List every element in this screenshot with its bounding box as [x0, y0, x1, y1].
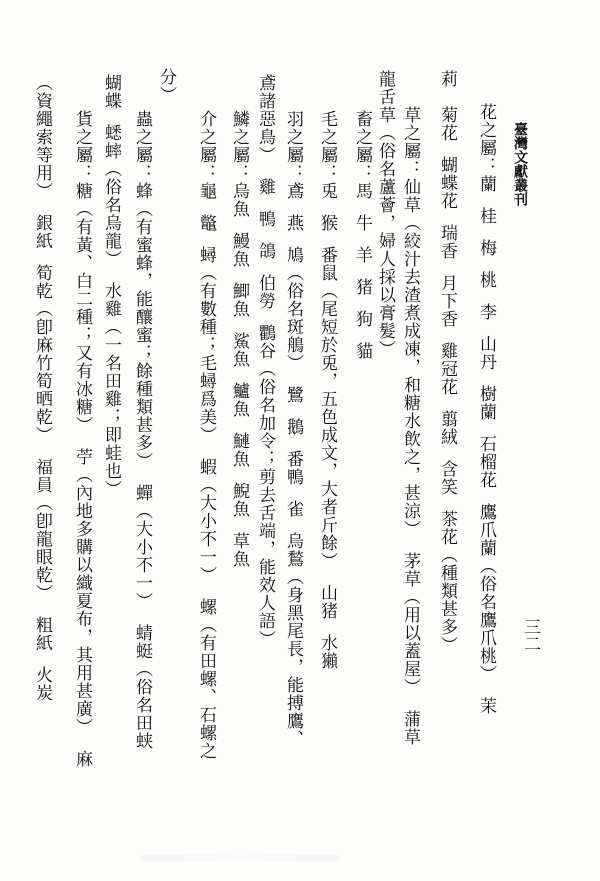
text-column: 毛之屬：兎猴番鼠（尾短於兎，五色成文，大者斤餘）山猪水獺 — [317, 110, 337, 670]
entry: 草魚 — [229, 532, 249, 568]
entry: 菊花 — [437, 106, 457, 142]
text-column: 蟲之屬：蜂（有蜜蜂，能釀蜜；餘種類甚多）蟬（大小不一）蜻蜓（俗名田蛱 — [132, 110, 152, 750]
entry: 山猪 — [317, 584, 337, 620]
entry: 銀紙 — [32, 214, 52, 250]
entry: 羊 — [352, 246, 372, 264]
entry: 鰻魚 — [229, 232, 249, 268]
entry: 毛之屬：兎 — [317, 110, 337, 200]
text-column: 花之屬：蘭桂梅桃李山丹樹蘭石榴花鷹爪蘭（俗名鷹爪桃）茉 — [476, 103, 496, 715]
entry: 筍乾（卽麻竹筍晒乾） — [32, 264, 52, 444]
entry: 鯽魚 — [229, 282, 249, 318]
entry: 桃 — [476, 271, 496, 289]
entry: 茉 — [476, 697, 496, 715]
entry: 雀 — [283, 500, 303, 518]
entry: 分） — [156, 68, 176, 104]
entry: 莉 — [437, 70, 457, 88]
entry: 蝴蝶 — [101, 74, 121, 110]
entry: 烏鶖（身黑尾長，能搏鷹、 — [283, 532, 303, 748]
text-column: 分） — [156, 68, 176, 104]
entry: 茶花（種類甚多） — [437, 510, 457, 654]
entry: 梅 — [476, 239, 496, 257]
entry: 介之屬：龜 — [196, 110, 216, 200]
entry: 桂 — [476, 207, 496, 225]
text-column: （資繩索等用）銀紙筍乾（卽麻竹筍晒乾）福員（卽龍眼乾）粗紙火炭 — [32, 74, 52, 702]
entry: 番鴨 — [283, 450, 303, 486]
entry: 月下香 — [437, 274, 457, 328]
entry: 鴿 — [255, 242, 275, 260]
entry: 鵝 — [283, 418, 303, 436]
text-column: 介之屬：龜鼈蟳（有數種；毛蟳爲美）蝦（大小不一）螺（有田螺、石螺之 — [196, 110, 216, 760]
entry: 燕 — [283, 214, 303, 232]
text-column: 龍舌草（俗名蘆薈，婦人採以膏髮） — [375, 70, 395, 358]
entry: 伯勞 — [255, 274, 275, 310]
series-title: 臺灣文獻叢刊 — [510, 122, 530, 206]
entry: 畜之屬：馬 — [352, 110, 372, 200]
page-number: 三二 — [518, 618, 543, 652]
entry: 蝦（大小不一） — [196, 458, 216, 584]
entry: 蟬（大小不一） — [132, 484, 152, 610]
entry: （資繩索等用） — [32, 74, 52, 200]
entry: 鼈 — [196, 214, 216, 232]
text-column: 莉 — [437, 70, 457, 88]
text-column: 鱗之屬：烏魚鰻魚鯽魚鯊魚鱸魚鰱魚鯢魚草魚 — [229, 110, 249, 568]
entry: 鷺 — [283, 386, 303, 404]
scan-artifact — [140, 855, 340, 861]
entry: 蒲草 — [400, 710, 420, 746]
entry: 花之屬：蘭 — [476, 103, 496, 193]
entry: 猴 — [317, 214, 337, 232]
text-column: 鳶諸惡鳥）雞鴨鴿伯勞鸜谷（俗名加令；剪去舌端，能效人語） — [255, 74, 275, 648]
entry: 李 — [476, 303, 496, 321]
entry: 狗 — [352, 310, 372, 328]
text-column: 蝴蝶蟋蟀（俗名烏龍）水雞（一名田雞；即蛙也） — [101, 74, 121, 498]
entry: 羽之屬：鳶 — [283, 110, 303, 200]
entry: 蟋蟀（俗名烏龍） — [101, 124, 121, 268]
entry: 蜻蜓（俗名田蛱 — [132, 624, 152, 750]
entry: 火炭 — [32, 666, 52, 702]
entry: 翦絨 — [437, 410, 457, 446]
text-column: 草之屬：仙草（絞汁去渣煮成凍，和糖水飲之，甚涼）茅草（用以蓋屋）蒲草 — [400, 106, 420, 746]
entry: 瑞香 — [437, 224, 457, 260]
entry: 番鼠（尾短於兎，五色成文，大者斤餘） — [317, 246, 337, 570]
text-column: 畜之屬：馬牛羊猪狗貓 — [352, 110, 372, 360]
entry: 鸜谷（俗名加令；剪去舌端，能效人語） — [255, 324, 275, 648]
entry: 雞 — [255, 178, 275, 196]
entry: 鱗之屬：烏魚 — [229, 110, 249, 218]
entry: 鷹爪蘭（俗名鷹爪桃） — [476, 503, 496, 683]
entry: 貓 — [352, 342, 372, 360]
entry: 蟳（有數種；毛蟳爲美） — [196, 246, 216, 444]
entry: 粗紙 — [32, 616, 52, 652]
entry: 龍舌草（俗名蘆薈，婦人採以膏髮） — [375, 70, 395, 358]
entry: 水獺 — [317, 634, 337, 670]
entry: 水雞（一名田雞；即蛙也） — [101, 282, 121, 498]
entry: 含笑 — [437, 460, 457, 496]
entry: 鴨 — [255, 210, 275, 228]
entry: 蝴蝶花 — [437, 156, 457, 210]
entry: 鳶諸惡鳥） — [255, 74, 275, 164]
entry: 猪 — [352, 278, 372, 296]
entry: 山丹 — [476, 335, 496, 371]
text-column: 貨之屬：糖（有黃、白二種；又有冰糖）苧（內地多購以織夏布，其用甚廣）麻 — [72, 110, 92, 768]
entry: 蟲之屬：蜂（有蜜蜂，能釀蜜；餘種類甚多） — [132, 110, 152, 470]
text-column: 羽之屬：鳶燕鳩（俗名斑鵃）鷺鵝番鴨雀烏鶖（身黑尾長，能搏鷹、 — [283, 110, 303, 748]
entry: 麻 — [72, 750, 92, 768]
entry: 福員（卽龍眼乾） — [32, 458, 52, 602]
entry: 苧（內地多購以織夏布，其用甚廣） — [72, 448, 92, 736]
entry: 鰱魚 — [229, 432, 249, 468]
entry: 貨之屬：糖（有黃、白二種；又有冰糖） — [72, 110, 92, 434]
entry: 鳩（俗名斑鵃） — [283, 246, 303, 372]
entry: 鯢魚 — [229, 482, 249, 518]
document-page: 臺灣文獻叢刊 三二 花之屬：蘭桂梅桃李山丹樹蘭石榴花鷹爪蘭（俗名鷹爪桃）茉莉菊花… — [0, 0, 600, 881]
entry: 鯊魚 — [229, 332, 249, 368]
entry: 鱸魚 — [229, 382, 249, 418]
entry: 草之屬：仙草（絞汁去渣煮成凍，和糖水飲之，甚涼） — [400, 106, 420, 538]
entry: 螺（有田螺、石螺之 — [196, 598, 216, 760]
entry: 雞冠花 — [437, 342, 457, 396]
entry: 牛 — [352, 214, 372, 232]
entry: 石榴花 — [476, 435, 496, 489]
text-column: 菊花蝴蝶花瑞香月下香雞冠花翦絨含笑茶花（種類甚多） — [437, 106, 457, 654]
entry: 樹蘭 — [476, 385, 496, 421]
entry: 茅草（用以蓋屋） — [400, 552, 420, 696]
